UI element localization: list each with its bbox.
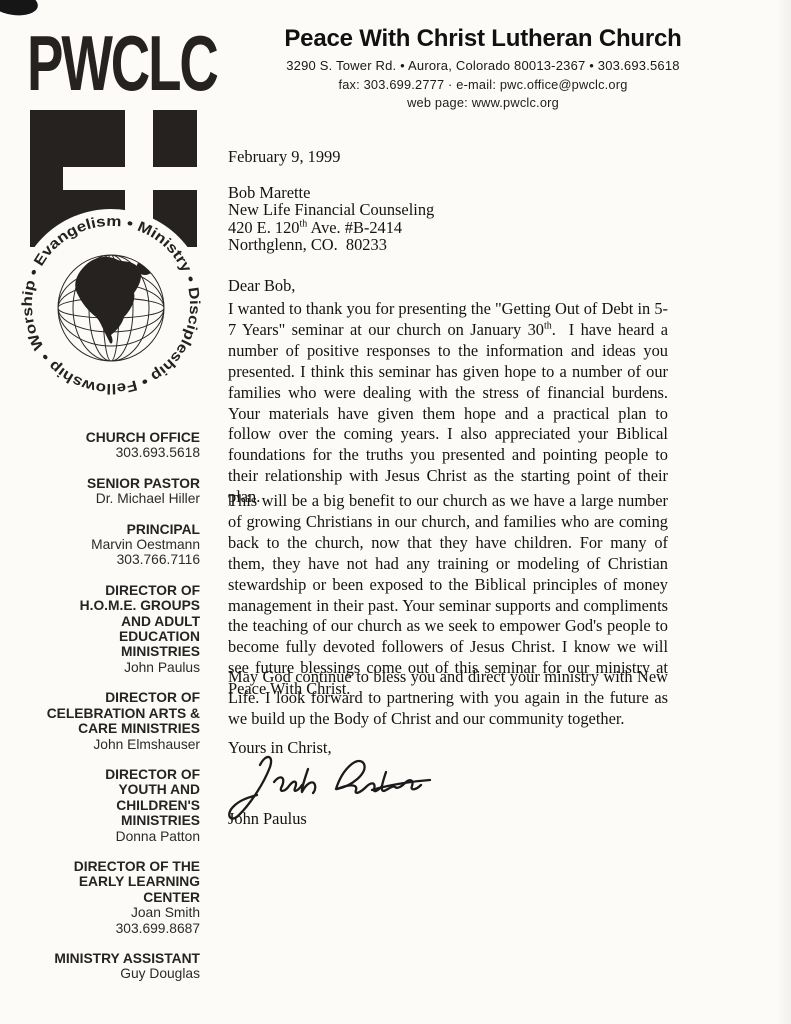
staff-entry-home-groups-director: DIRECTOR OF H.O.M.E. GROUPS AND ADULT ED… — [8, 583, 200, 675]
staff-entry-ministry-assistant: MINISTRY ASSISTANT Guy Douglas — [8, 951, 200, 982]
staff-role: PRINCIPAL — [8, 522, 200, 537]
staff-role: DIRECTOR OF CELEBRATION ARTS & CARE MINI… — [8, 690, 200, 736]
logo-acronym: PWCLC — [27, 30, 217, 96]
staff-role: DIRECTOR OF YOUTH AND CHILDREN'S MINISTR… — [8, 767, 200, 829]
staff-directory: CHURCH OFFICE 303.693.5618 SENIOR PASTOR… — [8, 430, 200, 982]
staff-role: DIRECTOR OF H.O.M.E. GROUPS AND ADULT ED… — [8, 583, 200, 660]
staff-detail: John Paulus — [8, 660, 200, 675]
recipient-street: 420 E. 120th Ave. #B-2414 — [228, 219, 668, 236]
staff-detail: Guy Douglas — [8, 966, 200, 981]
staff-role: MINISTRY ASSISTANT — [8, 951, 200, 966]
paragraph-3: May God continue to bless you and direct… — [228, 667, 668, 730]
recipient-city: Northglenn, CO. 80233 — [228, 236, 668, 253]
church-fax-email-line: fax: 303.699.2777 · e-mail: pwc.office@p… — [240, 77, 726, 92]
letter-date: February 9, 1999 — [228, 147, 668, 167]
handwritten-signature — [224, 747, 434, 829]
church-webpage-line: web page: www.pwclc.org — [240, 95, 726, 110]
staff-detail: 303.693.5618 — [8, 445, 200, 460]
recipient-address: Bob Marette New Life Financial Counselin… — [228, 184, 668, 254]
staff-entry-celebration-arts-director: DIRECTOR OF CELEBRATION ARTS & CARE MINI… — [8, 690, 200, 752]
salutation: Dear Bob, — [228, 276, 668, 296]
staff-role: CHURCH OFFICE — [8, 430, 200, 445]
staff-entry-principal: PRINCIPAL Marvin Oestmann 303.766.7116 — [8, 522, 200, 568]
staff-detail: Donna Patton — [8, 829, 200, 844]
recipient-company: New Life Financial Counseling — [228, 201, 668, 218]
scanned-letter-page: Peace With Christ Lutheran Church 3290 S… — [0, 0, 791, 1024]
staff-detail: Dr. Michael Hiller — [8, 491, 200, 506]
staff-detail: Marvin Oestmann 303.766.7116 — [8, 537, 200, 568]
staff-role: SENIOR PASTOR — [8, 476, 200, 491]
staff-entry-youth-director: DIRECTOR OF YOUTH AND CHILDREN'S MINISTR… — [8, 767, 200, 844]
recipient-name: Bob Marette — [228, 184, 668, 201]
staff-entry-senior-pastor: SENIOR PASTOR Dr. Michael Hiller — [8, 476, 200, 507]
staff-detail: John Elmshauser — [8, 737, 200, 752]
church-name: Peace With Christ Lutheran Church — [240, 25, 726, 52]
paragraph-1: I wanted to thank you for presenting the… — [228, 299, 668, 508]
staff-role: DIRECTOR OF THE EARLY LEARNING CENTER — [8, 859, 200, 905]
scan-artifact-corner — [0, 0, 39, 18]
staff-detail: Joan Smith 303.699.8687 — [8, 905, 200, 936]
staff-entry-early-learning-director: DIRECTOR OF THE EARLY LEARNING CENTER Jo… — [8, 859, 200, 936]
church-address-line: 3290 S. Tower Rd. • Aurora, Colorado 800… — [240, 58, 726, 73]
letterhead: Peace With Christ Lutheran Church 3290 S… — [240, 25, 726, 110]
church-logo-cross-globe: Worship • Evangelism • Ministry • Discip… — [10, 105, 220, 415]
staff-entry-church-office: CHURCH OFFICE 303.693.5618 — [8, 430, 200, 461]
